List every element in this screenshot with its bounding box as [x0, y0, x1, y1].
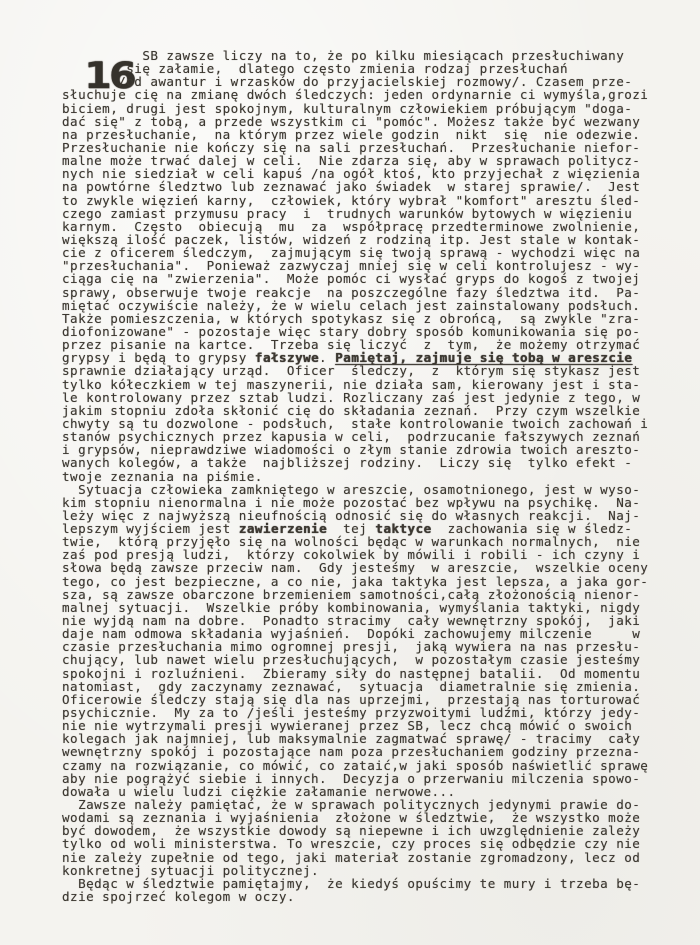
text-line: wewnętrzny spokój i pozostające nam poza… [62, 745, 690, 758]
document-page: 16 SB zawsze liczy na to, że po kilku mi… [0, 0, 700, 945]
text-line: czego zamiast przymusu pracy i trudnych … [62, 207, 690, 220]
text-line: twoje zeznania na piśmie. [62, 470, 690, 483]
text-line: wanych kolegów, a także najbliższej rodz… [62, 456, 690, 469]
text-line: tylko od woli ministerstwa. To wreszcie,… [62, 837, 690, 850]
text-line: ciąga cię na "zwierzenia". Może pomóc ci… [62, 272, 690, 285]
text-line: spokojni i rozluźnieni. Zbieramy siły do… [62, 667, 690, 680]
text-line: miętać oczywiście należy, że w wielu cel… [62, 299, 690, 312]
text-line: sprawy, obserwuje twoje reakcje na poszc… [62, 286, 690, 299]
text-line: jakim stopniu zdoła skłonić cię do skład… [62, 404, 690, 417]
text-line: dać się" z tobą, a przede wszystkim ci "… [62, 115, 690, 128]
text-line: biciem, drugi jest spokojnym, kulturalny… [62, 102, 690, 115]
text-line: tego, co jest bezpieczne, a co nie, jaka… [62, 575, 690, 588]
text-line: le kontrolowany przez sztab ludzi. Rozli… [62, 391, 690, 404]
text-line: nie zależy zupełnie od tego, jaki materi… [62, 851, 690, 864]
text-line: karnym. Często obiecują mu za współpracę… [62, 220, 690, 233]
text-line: natomiast, gdy zaczynamy zeznawać, sytua… [62, 680, 690, 693]
text-line: na powtórne śledztwo lub zeznawać jako ś… [62, 180, 690, 193]
text-line: aby nie pogrążyć siebie i innych. Decyzj… [62, 772, 690, 785]
text-line: konkretnej sytuacji politycznej. [62, 864, 690, 877]
text-line: kim stopniu nienormalna i nie może pozos… [62, 496, 690, 509]
text-line: to zwykle więzień karny, człowiek, który… [62, 194, 690, 207]
text-line: czamy na rozwiązanie, co mówić, co zatai… [62, 759, 690, 772]
text-line: sza, są zawsze obarczone brzemieniem sam… [62, 588, 690, 601]
text-line: dzie spojrzeć kolegom w oczy. [62, 890, 690, 903]
text-line: słuchuje cię na zmianę dwóch śledczych: … [62, 88, 690, 101]
text-line: słowa będą zawsze przeciw nam. Gdy jeste… [62, 561, 690, 574]
text-body: SB zawsze liczy na to, że po kilku miesi… [62, 49, 690, 903]
text-line: tylko kółeczkiem w tej maszynerii, nie d… [62, 378, 690, 391]
text-line: Także pomieszczenia, w których spotykasz… [62, 312, 690, 325]
text-line: na przesłuchanie, na którym przez wiele … [62, 128, 690, 141]
text-line: sprawnie działający urząd. Oficer śledcz… [62, 364, 690, 377]
text-line: Sytuacja człowieka zamkniętego w areszci… [62, 483, 690, 496]
text-line: chujący, lub nawet wielu przesłuchującyc… [62, 653, 690, 666]
